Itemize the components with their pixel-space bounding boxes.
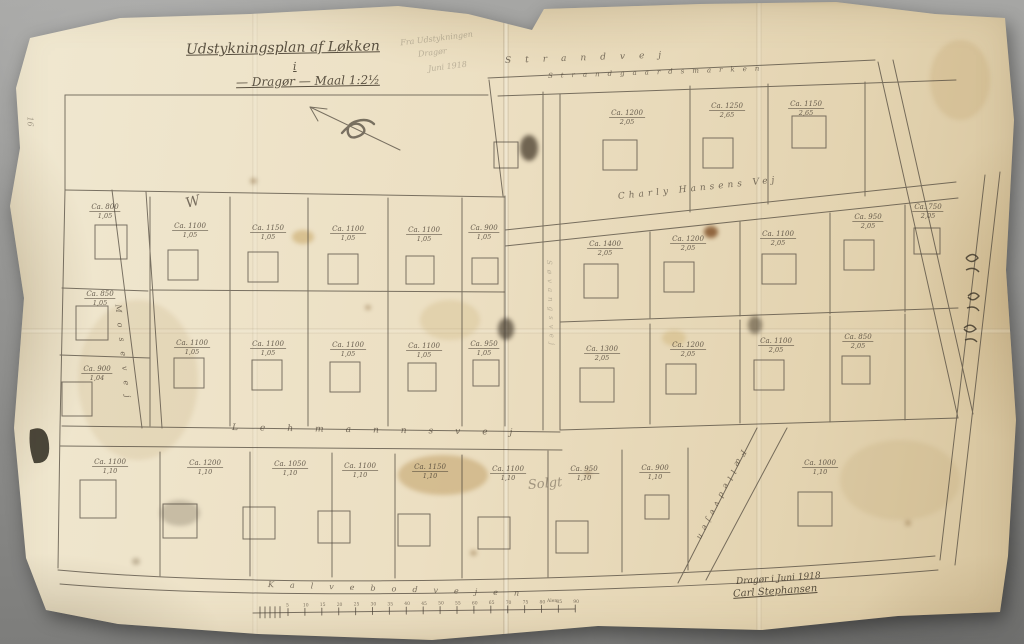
house-square [478,517,510,549]
plot-label: Ca. 8001,05 [89,203,120,220]
plot-label: Ca. 11002,05 [758,337,794,354]
svg-text:30: 30 [371,602,377,608]
svg-text:10: 10 [303,602,309,608]
house-square [664,262,694,292]
house-square [494,142,518,168]
plot-label: Ca. 11001,10 [92,458,128,475]
house-square [408,363,436,391]
plot-label: Ca. 11501,05 [250,224,286,241]
pencil-note-line3: Juni 1918 [428,60,468,74]
house-square [328,254,358,284]
street-label: Strandvej [505,50,675,66]
house-square [584,264,618,298]
aging-patch [420,300,480,340]
stain [398,455,488,495]
house-square [80,480,116,518]
house-square [842,356,870,384]
stain [704,226,718,238]
photo-of-plan: 51015202530354045505560657075808590Alen … [0,0,1024,644]
svg-text:65: 65 [489,600,495,606]
street-label: Strandgaardsmarken [548,64,768,80]
plot-label: Ca. 11001,05 [250,340,286,357]
street-label: Lehmannsvej [232,423,535,438]
plan-subtitle: — Dragør — Maal 1:2½ [236,73,380,90]
svg-text:Alen: Alen [546,598,557,604]
pencil-note-line1: Fra Udstykningen [400,30,474,48]
aging-patch [78,300,198,460]
edge-scribbles [30,255,980,464]
north-arrow [310,107,400,150]
plot-label: Ca. 11001,05 [174,339,210,356]
plot-label: Ca. 12002,05 [670,341,706,358]
house-square [252,360,282,390]
pencil-note-line2: Dragør [418,46,448,58]
plot-label: Ca. 11001,05 [406,342,442,359]
handwritten-note: W [184,193,202,212]
house-square [792,116,826,148]
spot [585,470,591,476]
plot-label: Ca. 14002,05 [587,240,623,257]
plot-label: Ca. 13002,05 [584,345,620,362]
house-square [163,504,197,538]
signature-place-date: Dragør i Juni 1918 [736,571,821,587]
plot-label: Ca. 9001,05 [468,224,499,241]
svg-text:35: 35 [387,601,393,607]
svg-text:20: 20 [337,602,343,608]
house-square [472,258,498,284]
spot [365,305,371,310]
house-square [330,362,360,392]
parcel-squares-layer [62,116,940,553]
house-square [703,138,733,168]
plot-label: Ca. 11502,65 [788,100,824,117]
svg-text:25: 25 [354,602,360,608]
plot-label: Ca. 11002,05 [760,230,796,247]
street-label: Mosevej [114,304,134,408]
plot-label: Ca. 7502,05 [912,203,943,220]
street-label: Søvangsvej [545,260,556,350]
house-square [95,225,127,259]
house-square [174,358,204,388]
handwritten-note: Solgt [527,475,563,493]
plot-label: Ca. 12002,05 [670,235,706,252]
fold-smudge [748,316,762,334]
plan-linework: 51015202530354045505560657075808590Alen [0,0,1024,644]
aging-patch [930,40,990,120]
spot [470,550,477,556]
plot-label: Ca. 11001,10 [490,465,526,482]
handwritten-note: 16 [26,116,35,126]
house-square [844,240,874,270]
plot-label: Ca. 11001,10 [342,462,378,479]
svg-text:5: 5 [286,603,289,609]
house-square [406,256,434,284]
svg-text:85: 85 [556,599,562,605]
plot-label: Ca. 9501,05 [468,340,499,357]
street-label: Kalvebodvejen [268,580,535,598]
plot-label: Ca. 12001,10 [187,459,223,476]
plot-label: Ca. 11501,10 [412,463,448,480]
fold-crease-horizontal [0,328,1024,334]
plot-label: Ca. 9001,10 [639,464,670,481]
plan-title-i: i [293,60,297,73]
svg-text:50: 50 [438,601,444,607]
house-square [556,521,588,553]
house-square [580,368,614,402]
plot-label: Ca. 11001,05 [406,226,442,243]
stain [292,230,314,244]
house-square [914,228,940,254]
scale-bar: 51015202530354045505560657075808590Alen [253,598,579,618]
fold-smudge [498,318,514,340]
paper-sheet: 51015202530354045505560657075808590Alen … [0,0,1024,644]
house-square [168,250,198,280]
spot [905,520,911,526]
plot-label: Ca. 8501,05 [84,290,115,307]
svg-text:80: 80 [540,599,546,605]
house-square [754,360,784,390]
plot-label: Ca. 9502,05 [852,213,883,230]
svg-text:40: 40 [404,601,410,607]
signature-name: Carl Stephansen [733,583,818,600]
plan-title: Udstykningsplan af Løkken [186,38,380,57]
house-square [473,360,499,386]
house-square [666,364,696,394]
plot-label: Ca. 9001,04 [81,365,112,382]
house-square [62,382,92,416]
ink-blob [30,428,50,463]
stain [662,330,686,346]
house-square [248,252,278,282]
fold-crease-vertical-right [756,0,762,644]
house-square [603,140,637,170]
stain [160,500,200,526]
spot [132,558,140,565]
house-square [762,254,796,284]
aging-patch [840,440,960,520]
plot-label: Ca. 10501,10 [272,460,308,477]
street-label: Fælledvejen [693,448,748,545]
plot-label: Ca. 11001,05 [330,225,366,242]
house-square [645,495,669,519]
plan-boundaries [58,60,1000,594]
house-square [798,492,832,526]
plot-label: Ca. 8502,05 [842,333,873,350]
plot-label: Ca. 11001,05 [330,341,366,358]
spot [250,178,257,184]
plot-label: Ca. 10001,10 [802,459,838,476]
svg-text:15: 15 [320,602,326,608]
plot-label: Ca. 12502,65 [709,102,745,119]
plot-label: Ca. 9501,10 [568,465,599,482]
paper-shadow: 51015202530354045505560657075808590Alen … [0,0,1024,644]
plot-label: Ca. 12002,05 [609,109,645,126]
svg-text:45: 45 [421,601,427,607]
plot-label: Ca. 11001,05 [172,222,208,239]
svg-text:90: 90 [573,599,579,605]
house-square [398,514,430,546]
house-square [318,511,350,543]
svg-text:60: 60 [472,600,478,606]
svg-text:55: 55 [455,600,461,606]
street-label: Charly Hansens Vej [617,175,778,202]
house-square [76,306,108,340]
fold-crease-vertical-center [503,0,509,644]
fold-crease-vertical-left [252,0,258,644]
fold-smudge [520,135,538,161]
svg-text:75: 75 [523,600,529,606]
house-square [243,507,275,539]
svg-text:70: 70 [506,600,512,606]
